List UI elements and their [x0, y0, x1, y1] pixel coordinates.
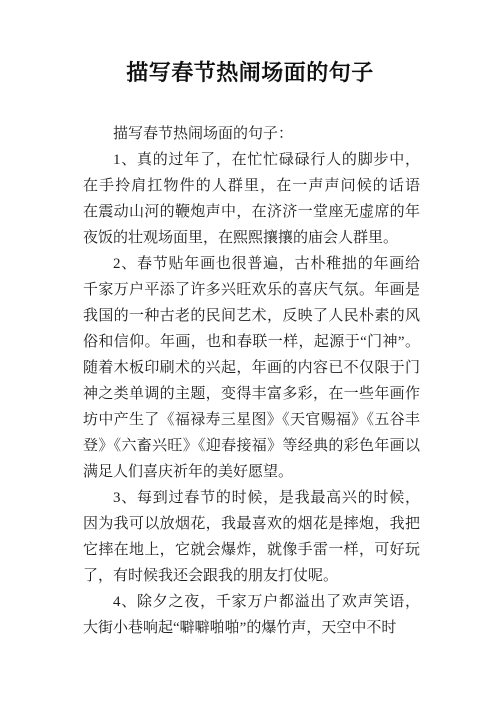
text-line: 满足人们喜庆祈年的美好愿望。 [83, 459, 420, 485]
paragraph: 4、除夕之夜，千家万户都溢出了欢声笑语，大街小巷响起“噼噼啪啪”的爆竹声，天空中… [83, 589, 420, 641]
text-line: 3、每到过春节的时候，是我最高兴的时候， [83, 485, 420, 511]
document-page: 描写春节热闹场面的句子 描写春节热闹场面的句子：1、真的过年了，在忙忙碌碌行人的… [0, 0, 500, 707]
text-line: 千家万户平添了许多兴旺欢乐的喜庆气氛。年画是 [83, 277, 420, 303]
text-line: 登》《六畜兴旺》《迎春接福》等经典的彩色年画以 [83, 433, 420, 459]
text-line: 大街小巷响起“噼噼啪啪”的爆竹声，天空中不时 [83, 615, 420, 641]
text-line: 随着木板印刷术的兴起，年画的内容已不仅限于门 [83, 355, 420, 381]
text-line: 2、春节贴年画也很普遍，古朴稚拙的年画给 [83, 251, 420, 277]
text-line: 俗和信仰。年画，也和春联一样，起源于“门神”。 [83, 329, 420, 355]
page-title: 描写春节热闹场面的句子 [0, 59, 500, 87]
text-line: 在震动山河的鞭炮声中，在济济一堂座无虚席的年 [83, 199, 420, 225]
text-line: 因为我可以放烟花，我最喜欢的烟花是摔炮，我把 [83, 511, 420, 537]
paragraph: 2、春节贴年画也很普遍，古朴稚拙的年画给千家万户平添了许多兴旺欢乐的喜庆气氛。年… [83, 251, 420, 485]
text-line: 了，有时候我还会跟我的朋友打仗呢。 [83, 563, 420, 589]
document-body: 描写春节热闹场面的句子：1、真的过年了，在忙忙碌碌行人的脚步中，在手拎肩扛物件的… [83, 121, 420, 641]
text-line: 它摔在地上，它就会爆炸，就像手雷一样，可好玩 [83, 537, 420, 563]
text-line: 我国的一种古老的民间艺术，反映了人民朴素的风 [83, 303, 420, 329]
text-line: 神之类单调的主题，变得丰富多彩，在一些年画作 [83, 381, 420, 407]
text-line: 1、真的过年了，在忙忙碌碌行人的脚步中， [83, 147, 420, 173]
text-line: 4、除夕之夜，千家万户都溢出了欢声笑语， [83, 589, 420, 615]
text-line: 坊中产生了《福禄寿三星图》《天官赐福》《五谷丰 [83, 407, 420, 433]
text-line: 描写春节热闹场面的句子： [83, 121, 420, 147]
paragraph: 描写春节热闹场面的句子： [83, 121, 420, 147]
text-line: 在手拎肩扛物件的人群里，在一声声问候的话语间， [83, 173, 420, 199]
text-line: 夜饭的壮观场面里，在熙熙攘攘的庙会人群里。 [83, 225, 420, 251]
paragraph: 1、真的过年了，在忙忙碌碌行人的脚步中，在手拎肩扛物件的人群里，在一声声问候的话… [83, 147, 420, 251]
paragraph: 3、每到过春节的时候，是我最高兴的时候，因为我可以放烟花，我最喜欢的烟花是摔炮，… [83, 485, 420, 589]
